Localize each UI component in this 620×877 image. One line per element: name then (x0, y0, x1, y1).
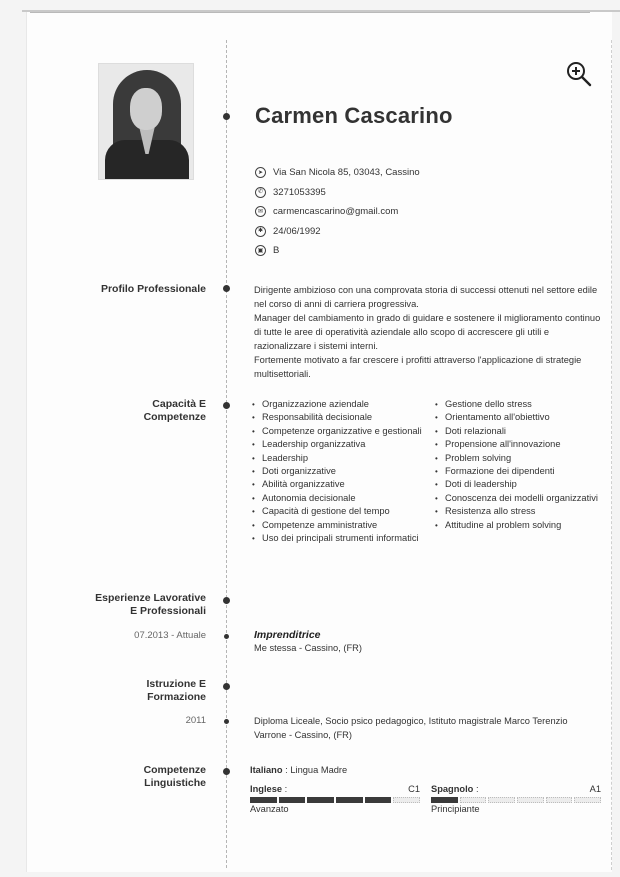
level-segment (546, 797, 573, 803)
skill-item: Formazione dei dipendenti (435, 465, 605, 478)
skill-item: Doti organizzative (252, 465, 427, 478)
birthday-icon: ✱ (255, 226, 266, 237)
skill-item: Uso dei principali strumenti informatici (252, 532, 427, 545)
section-title-profile: Profilo Professionale (101, 283, 206, 296)
level-segment (460, 797, 487, 803)
page-edge (611, 40, 612, 870)
section-title-skills: Capacità E Competenze (144, 398, 206, 424)
section-title-experience: Esperienze Lavorative E Professionali (95, 592, 206, 618)
level-segment (393, 797, 420, 803)
section-title-education: Istruzione E Formazione (146, 678, 206, 704)
education-text: Diploma Liceale, Socio psico pedagogico,… (254, 714, 599, 742)
skill-item: Autonomia decisionale (252, 492, 427, 505)
language-level-bar (250, 797, 420, 803)
level-segment (307, 797, 334, 803)
job-employer: Me stessa - Cassino, (FR) (254, 643, 362, 653)
language-level-label: Avanzato (250, 804, 420, 814)
level-segment (279, 797, 306, 803)
level-segment (431, 797, 458, 803)
skill-item: Competenze amministrative (252, 519, 427, 532)
skill-item: Gestione dello stress (435, 398, 605, 411)
level-segment (336, 797, 363, 803)
profile-text: Dirigente ambizioso con una comprovata s… (254, 283, 604, 381)
skill-item: Orientamento all'obiettivo (435, 411, 605, 424)
mail-icon: ✉ (255, 206, 266, 217)
language-level-label: Principiante (431, 804, 601, 814)
timeline-dot (223, 285, 230, 292)
skill-item: Leadership organizzativa (252, 438, 427, 451)
contact-address: ➤ Via San Nicola 85, 03043, Cassino (255, 163, 420, 183)
level-segment (488, 797, 515, 803)
contact-email: ✉ carmencascarino@gmail.com (255, 202, 420, 222)
level-segment (365, 797, 392, 803)
skill-item: Capacità di gestione del tempo (252, 505, 427, 518)
skill-item: Problem solving (435, 452, 605, 465)
phone-icon: ✆ (255, 187, 266, 198)
level-segment (250, 797, 277, 803)
skill-item: Responsabilità decisionale (252, 411, 427, 424)
level-segment (574, 797, 601, 803)
skill-item: Doti relazionali (435, 425, 605, 438)
timeline-dot (223, 402, 230, 409)
language-spanish: Spagnolo : A1 Principiante (431, 784, 601, 814)
contact-list: ➤ Via San Nicola 85, 03043, Cassino ✆ 32… (255, 163, 420, 261)
profile-photo (98, 63, 194, 180)
experience-period: 07.2013 - Attuale (134, 630, 206, 641)
skill-item: Competenze organizzative e gestionali (252, 425, 427, 438)
timeline-line (226, 40, 227, 868)
car-icon: ▣ (255, 245, 266, 256)
native-language: Italiano : Lingua Madre (250, 765, 347, 775)
job-title: Imprenditrice (254, 629, 321, 641)
section-title-languages: Competenze Linguistiche (144, 764, 206, 790)
skills-list-right: Gestione dello stressOrientamento all'ob… (435, 398, 605, 532)
skill-item: Attitudine al problem solving (435, 519, 605, 532)
skill-item: Doti di leadership (435, 478, 605, 491)
contact-birthdate: ✱ 24/06/1992 (255, 222, 420, 242)
timeline-dot (224, 634, 229, 639)
language-english: Inglese : C1 Avanzato (250, 784, 420, 814)
timeline-dot (223, 597, 230, 604)
timeline-dot (223, 768, 230, 775)
location-icon: ➤ (255, 167, 266, 178)
page-top-rule (30, 12, 590, 13)
language-code: C1 (408, 784, 420, 794)
timeline-dot (223, 113, 230, 120)
contact-phone: ✆ 3271053395 (255, 183, 420, 203)
skill-item: Leadership (252, 452, 427, 465)
candidate-name: Carmen Cascarino (255, 103, 453, 129)
skill-item: Organizzazione aziendale (252, 398, 427, 411)
contact-license: ▣ B (255, 241, 420, 261)
skill-item: Resistenza allo stress (435, 505, 605, 518)
skill-item: Propensione all'innovazione (435, 438, 605, 451)
skills-list-left: Organizzazione aziendaleResponsabilità d… (252, 398, 427, 545)
language-code: A1 (590, 784, 601, 794)
zoom-in-icon[interactable] (565, 60, 593, 88)
timeline-dot (224, 719, 229, 724)
skill-item: Conoscenza dei modelli organizzativi (435, 492, 605, 505)
education-period: 2011 (186, 715, 206, 726)
timeline-dot (223, 683, 230, 690)
level-segment (517, 797, 544, 803)
skill-item: Abilità organizzative (252, 478, 427, 491)
language-level-bar (431, 797, 601, 803)
